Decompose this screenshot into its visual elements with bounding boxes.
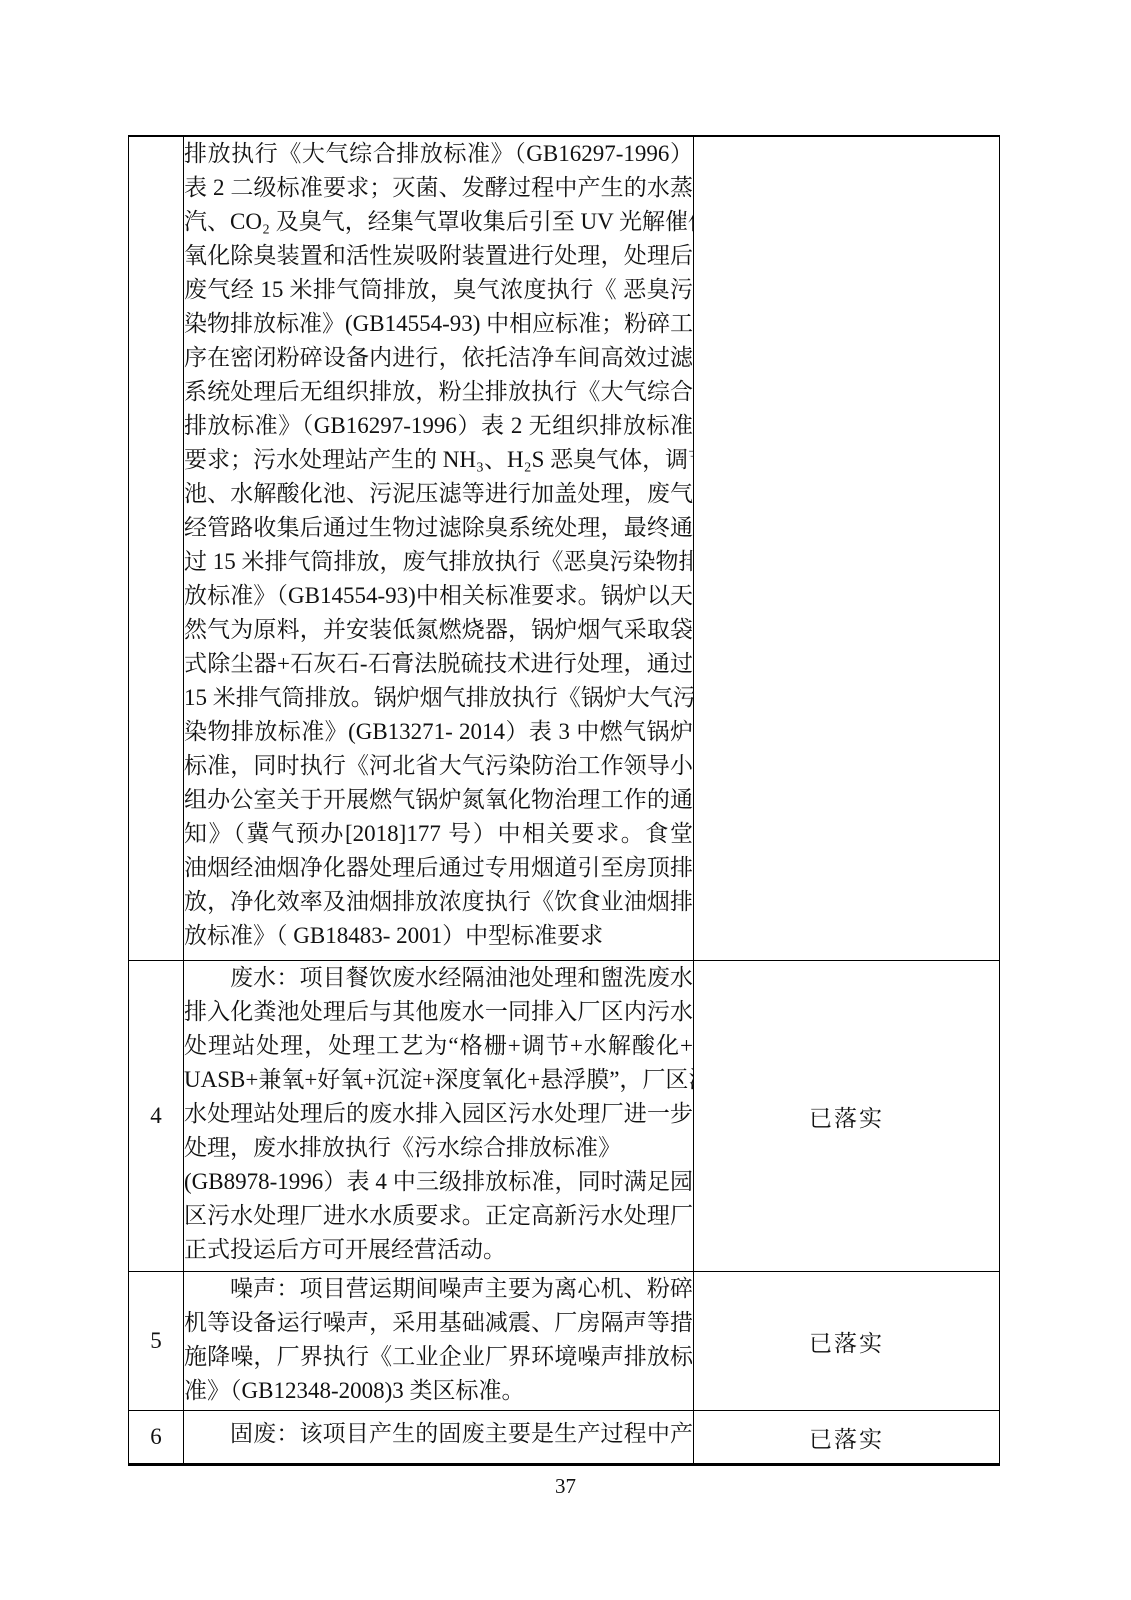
text-line: 表 2 二级标准要求；灭菌、发酵过程中产生的水蒸 xyxy=(184,171,693,205)
row-number-cell xyxy=(129,136,184,961)
table-row-continuation: 排放执行《大气综合排放标准》（GB16297-1996）表 2 二级标准要求；灭… xyxy=(129,136,1000,961)
text-line: 废水：项目餐饮废水经隔油池处理和盥洗废水 xyxy=(184,961,693,995)
text-line: 区污水处理厂进水水质要求。正定高新污水处理厂 xyxy=(184,1199,693,1233)
row-number-cell: 5 xyxy=(129,1272,184,1411)
content-lines: 噪声：项目营运期间噪声主要为离心机、粉碎机等设备运行噪声，采用基础减震、厂房隔声… xyxy=(184,1272,693,1408)
text-line: 废气经 15 米排气筒排放，臭气浓度执行《 恶臭污 xyxy=(184,273,693,307)
text-line: 经管路收集后通过生物过滤除臭系统处理，最终通 xyxy=(184,511,693,545)
text-line: 机等设备运行噪声，采用基础减震、厂房隔声等措 xyxy=(184,1306,693,1340)
text-line: 组办公室关于开展燃气锅炉氮氧化物治理工作的通 xyxy=(184,783,693,817)
row-number: 6 xyxy=(150,1424,162,1449)
row-number: 5 xyxy=(150,1328,162,1353)
text-line: 正式投运后方可开展经营活动。 xyxy=(184,1233,693,1267)
content-lines: 废水：项目餐饮废水经隔油池处理和盥洗废水排入化粪池处理后与其他废水一同排入厂区内… xyxy=(184,961,693,1267)
text-line: 准》（GB12348-2008)3 类区标准。 xyxy=(184,1374,693,1408)
text-line: 水处理站处理后的废水排入园区污水处理厂进一步 xyxy=(184,1097,693,1131)
row-status-cell: 已落实 xyxy=(694,961,1000,1272)
row-content-cell: 噪声：项目营运期间噪声主要为离心机、粉碎机等设备运行噪声，采用基础减震、厂房隔声… xyxy=(184,1272,694,1411)
text-line: 序在密闭粉碎设备内进行，依托洁净车间高效过滤 xyxy=(184,341,693,375)
row-content-cell: 固废：该项目产生的固废主要是生产过程中产 xyxy=(184,1411,694,1465)
text-line: 知》（冀气预办[2018]177 号）中相关要求。食堂 xyxy=(184,817,693,851)
table-row-5: 5 噪声：项目营运期间噪声主要为离心机、粉碎机等设备运行噪声，采用基础减震、厂房… xyxy=(129,1272,1000,1411)
text-line: 15 米排气筒排放。锅炉烟气排放执行《锅炉大气污 xyxy=(184,681,693,715)
row-status-cell: 已落实 xyxy=(694,1411,1000,1465)
row-number: 4 xyxy=(150,1103,162,1128)
text-line: 放标准》（GB14554-93)中相关标准要求。锅炉以天 xyxy=(184,579,693,613)
text-line: (GB8978-1996）表 4 中三级排放标准，同时满足园 xyxy=(184,1165,693,1199)
status-text: 已落实 xyxy=(809,1106,884,1131)
text-line: UASB+兼氧+好氧+沉淀+深度氧化+悬浮膜”，厂区污 xyxy=(184,1063,693,1097)
text-line: 过 15 米排气筒排放，废气排放执行《恶臭污染物排 xyxy=(184,545,693,579)
page-number: 37 xyxy=(0,1474,1131,1499)
row-status-cell: 已落实 xyxy=(694,1272,1000,1411)
text-line: 施降噪，厂界执行《工业企业厂界环境噪声排放标 xyxy=(184,1340,693,1374)
text-line: 放，净化效率及油烟排放浓度执行《饮食业油烟排 xyxy=(184,885,693,919)
text-line: 氧化除臭装置和活性炭吸附装置进行处理，处理后 xyxy=(184,239,693,273)
text-line: 固废：该项目产生的固废主要是生产过程中产 xyxy=(184,1417,693,1451)
text-line: 汽、CO₂ 及臭气，经集气罩收集后引至 UV 光解催化 xyxy=(184,205,693,239)
text-line: 放标准》（ GB18483- 2001）中型标准要求 xyxy=(184,919,693,953)
row-content-cell: 排放执行《大气综合排放标准》（GB16297-1996）表 2 二级标准要求；灭… xyxy=(184,136,694,961)
content-lines: 排放执行《大气综合排放标准》（GB16297-1996）表 2 二级标准要求；灭… xyxy=(184,137,693,953)
text-line: 然气为原料，并安装低氮燃烧器，锅炉烟气采取袋 xyxy=(184,613,693,647)
text-line: 噪声：项目营运期间噪声主要为离心机、粉碎 xyxy=(184,1272,693,1306)
text-line: 处理，废水排放执行《污水综合排放标准》 xyxy=(184,1131,693,1165)
document-page: 排放执行《大气综合排放标准》（GB16297-1996）表 2 二级标准要求；灭… xyxy=(0,0,1131,1600)
content-lines: 固废：该项目产生的固废主要是生产过程中产 xyxy=(184,1417,693,1451)
text-line: 式除尘器+石灰石-石膏法脱硫技术进行处理，通过 xyxy=(184,647,693,681)
text-line: 系统处理后无组织排放，粉尘排放执行《大气综合 xyxy=(184,375,693,409)
text-line: 处理站处理，处理工艺为“格栅+调节+水解酸化+ xyxy=(184,1029,693,1063)
row-content-cell: 废水：项目餐饮废水经隔油池处理和盥洗废水排入化粪池处理后与其他废水一同排入厂区内… xyxy=(184,961,694,1272)
text-line: 染物排放标准》(GB13271- 2014）表 3 中燃气锅炉 xyxy=(184,715,693,749)
text-line: 标准，同时执行《河北省大气污染防治工作领导小 xyxy=(184,749,693,783)
row-number-cell: 4 xyxy=(129,961,184,1272)
status-text: 已落实 xyxy=(809,1331,884,1356)
text-line: 排放标准》（GB16297-1996）表 2 无组织排放标准 xyxy=(184,409,693,443)
text-line: 要求；污水处理站产生的 NH₃、H₂S 恶臭气体，调节 xyxy=(184,443,693,477)
row-status-cell xyxy=(694,136,1000,961)
text-line: 油烟经油烟净化器处理后通过专用烟道引至房顶排 xyxy=(184,851,693,885)
text-line: 排入化粪池处理后与其他废水一同排入厂区内污水 xyxy=(184,995,693,1029)
table-row-6: 6 固废：该项目产生的固废主要是生产过程中产 已落实 xyxy=(129,1411,1000,1465)
row-number-cell: 6 xyxy=(129,1411,184,1465)
text-line: 排放执行《大气综合排放标准》（GB16297-1996） xyxy=(184,137,693,171)
status-text: 已落实 xyxy=(809,1427,884,1452)
text-line: 池、水解酸化池、污泥压滤等进行加盖处理，废气 xyxy=(184,477,693,511)
text-line: 染物排放标准》(GB14554-93) 中相应标准；粉碎工 xyxy=(184,307,693,341)
compliance-table: 排放执行《大气综合排放标准》（GB16297-1996）表 2 二级标准要求；灭… xyxy=(128,135,1000,1466)
table-row-4: 4 废水：项目餐饮废水经隔油池处理和盥洗废水排入化粪池处理后与其他废水一同排入厂… xyxy=(129,961,1000,1272)
